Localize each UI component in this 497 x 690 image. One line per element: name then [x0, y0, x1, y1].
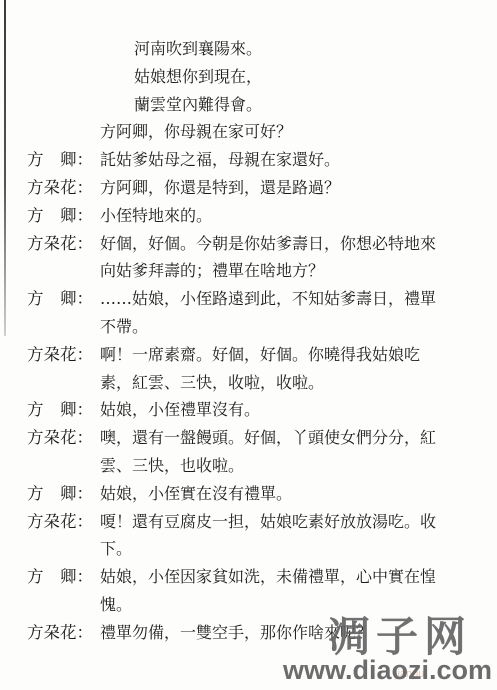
verse-text: 姑娘想你到現在，: [134, 63, 262, 91]
speaker-label: 方朶花：: [27, 424, 93, 452]
speaker-label: 方 卿：: [27, 202, 93, 230]
dialogue-text: 噢，還有一盤饅頭。好個，丫頭使女們分分，紅: [100, 424, 436, 452]
dialogue-text: 好個，好個。今朝是你姑爹壽日，你想必特地來: [100, 230, 436, 258]
verse-text: 蘭雲堂內難得會。: [134, 91, 262, 119]
dialogue-line: 方 卿：姑娘，小侄實在沒有禮單。: [0, 480, 497, 508]
dialogue-text: 不帶。: [100, 313, 148, 341]
dialogue-text: 姑娘，小侄因家貧如洗，未備禮單，心中實在惶: [100, 563, 436, 591]
speaker-label: 方 卿：: [27, 563, 93, 591]
dialogue-line: 下。: [0, 535, 497, 563]
speaker-label: 方朶花：: [27, 230, 93, 258]
dialogue-text: 素，紅雲、三快，收啦，收啦。: [100, 369, 324, 397]
verse-line: 姑娘想你到現在，: [0, 63, 497, 91]
dialogue-line: 雲、三快，也收啦。: [0, 452, 497, 480]
dialogue-text: 嗄！還有豆腐皮一担，姑娘吃素好放放湯吃。收: [100, 508, 436, 536]
dialogue-line: 方 卿：姑娘，小侄因家貧如洗，未備禮單，心中實在惶: [0, 563, 497, 591]
speaker-label: 方 卿：: [27, 480, 93, 508]
speaker-label: 方 卿：: [27, 285, 93, 313]
dialogue-text: 向姑爹拜壽的；禮單在啥地方？: [100, 257, 324, 285]
dialogue-text: 啊！一席素齋。好個，好個。你曉得我姑娘吃: [100, 341, 420, 369]
dialogue-line: 不帶。: [0, 313, 497, 341]
dialogue-text: 愧。: [100, 591, 132, 619]
speaker-label: 方朶花：: [27, 174, 93, 202]
dialogue-line: 方 卿：託姑爹姑母之福，母親在家還好。: [0, 146, 497, 174]
dialogue-line: 方 卿：小侄特地來的。: [0, 202, 497, 230]
dialogue-text: 託姑爹姑母之福，母親在家還好。: [100, 146, 340, 174]
script-page: 河南吹到襄陽來。 姑娘想你到現在， 蘭雲堂內難得會。 方阿卿，你母親在家可好？ …: [0, 35, 497, 647]
speaker-label: 方 卿：: [27, 396, 93, 424]
dialogue-text: 方阿卿，你母親在家可好？: [100, 118, 292, 146]
speaker-label: 方 卿：: [27, 146, 93, 174]
dialogue-line: 方朶花：嗄！還有豆腐皮一担，姑娘吃素好放放湯吃。收: [0, 508, 497, 536]
dialogue-text: 姑娘，小侄實在沒有禮單。: [100, 480, 292, 508]
speaker-label: 方朶花：: [27, 619, 93, 647]
dialogue-text: 方阿卿，你還是特到，還是路過？: [100, 174, 340, 202]
watermark-url: www.diaozi.com: [283, 655, 492, 686]
dialogue-line: 方朶花：好個，好個。今朝是你姑爹壽日，你想必特地來: [0, 230, 497, 258]
dialogue-line: 方朶花：噢，還有一盤饅頭。好個，丫頭使女們分分，紅: [0, 424, 497, 452]
dialogue-text: 下。: [100, 535, 132, 563]
dialogue-line: 方朶花：啊！一席素齋。好個，好個。你曉得我姑娘吃: [0, 341, 497, 369]
dialogue-text: 姑娘，小侄禮單沒有。: [100, 396, 260, 424]
dialogue-line: 素，紅雲、三快，收啦，收啦。: [0, 369, 497, 397]
dialogue-text: 雲、三快，也收啦。: [100, 452, 244, 480]
speaker-label: 方朶花：: [27, 341, 93, 369]
dialogue-text: ……姑娘，小侄路遠到此，不知姑爹壽日，禮單: [100, 285, 436, 313]
speaker-label: 方朶花：: [27, 508, 93, 536]
dialogue-line: 方朶花：方阿卿，你還是特到，還是路過？: [0, 174, 497, 202]
verse-line: 蘭雲堂內難得會。: [0, 91, 497, 119]
dialogue-line: 方阿卿，你母親在家可好？: [0, 118, 497, 146]
dialogue-line: 向姑爹拜壽的；禮單在啥地方？: [0, 257, 497, 285]
verse-line: 河南吹到襄陽來。: [0, 35, 497, 63]
dialogue-line: 方 卿：……姑娘，小侄路遠到此，不知姑爹壽日，禮單: [0, 285, 497, 313]
dialogue-line: 方 卿：姑娘，小侄禮單沒有。: [0, 396, 497, 424]
dialogue-text: 小侄特地來的。: [100, 202, 212, 230]
verse-text: 河南吹到襄陽來。: [134, 35, 262, 63]
